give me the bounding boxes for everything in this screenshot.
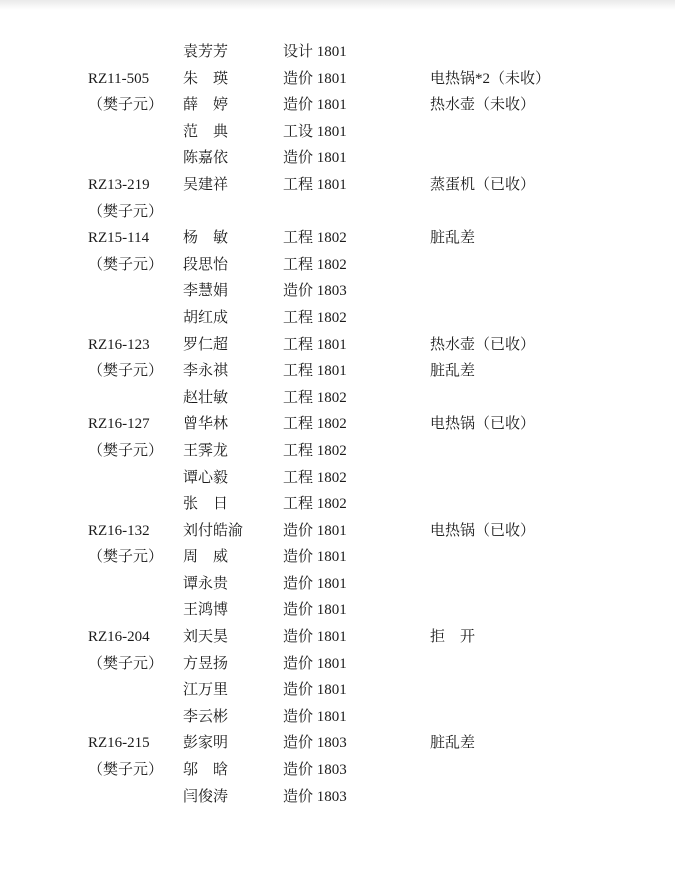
- violation-note-cell: 电热锅（已收）: [430, 518, 675, 545]
- room-number-cell: （樊子元）: [88, 438, 183, 465]
- table-row: RZ16-132 刘付皓渝 造价 1801 电热锅（已收）: [88, 518, 675, 545]
- student-name-cell: 杨 敏: [183, 225, 283, 252]
- student-name-cell: 赵壮敏: [183, 385, 283, 412]
- student-name-cell: 陈嘉依: [183, 145, 283, 172]
- page-top-edge: [0, 0, 675, 10]
- class-cell: 工程 1802: [283, 491, 430, 518]
- room-number-cell: （樊子元）: [88, 651, 183, 678]
- student-name-cell: 张 日: [183, 491, 283, 518]
- dorm-inspection-table: 袁芳芳 设计 1801 RZ11-505 朱 瑛 造价 1801 电热锅*2（未…: [88, 39, 675, 810]
- table-row: 谭永贵 造价 1801: [88, 571, 675, 598]
- class-cell: 造价 1801: [283, 92, 430, 119]
- class-cell: 造价 1803: [283, 278, 430, 305]
- class-cell: 造价 1801: [283, 651, 430, 678]
- student-name-cell: 王霁龙: [183, 438, 283, 465]
- student-name-cell: 彭家明: [183, 730, 283, 757]
- table-row: （樊子元） 段思怡 工程 1802: [88, 252, 675, 279]
- document-page: 袁芳芳 设计 1801 RZ11-505 朱 瑛 造价 1801 电热锅*2（未…: [0, 0, 675, 872]
- violation-note-cell: 脏乱差: [430, 225, 675, 252]
- table-row: RZ13-219 吴建祥 工程 1801 蒸蛋机（已收）: [88, 172, 675, 199]
- class-cell: 造价 1801: [283, 677, 430, 704]
- student-name-cell: 袁芳芳: [183, 39, 283, 66]
- student-name-cell: 段思怡: [183, 252, 283, 279]
- class-cell: 工程 1801: [283, 332, 430, 359]
- room-number-cell: RZ16-127: [88, 411, 183, 438]
- table-row: RZ16-204 刘天昊 造价 1801 拒 开: [88, 624, 675, 651]
- table-row: （樊子元） 薛 婷 造价 1801 热水壶（未收）: [88, 92, 675, 119]
- violation-note-cell: 电热锅（已收）: [430, 411, 675, 438]
- class-cell: 工程 1801: [283, 358, 430, 385]
- table-row: 张 日 工程 1802: [88, 491, 675, 518]
- student-name-cell: 胡红成: [183, 305, 283, 332]
- table-row: 江万里 造价 1801: [88, 677, 675, 704]
- class-cell: 造价 1801: [283, 544, 430, 571]
- student-name-cell: 周 威: [183, 544, 283, 571]
- table-row: （樊子元）: [88, 199, 675, 226]
- table-row: RZ16-123 罗仁超 工程 1801 热水壶（已收）: [88, 332, 675, 359]
- room-number-cell: RZ15-114: [88, 225, 183, 252]
- student-name-cell: 吴建祥: [183, 172, 283, 199]
- table-row: 王鸿博 造价 1801: [88, 597, 675, 624]
- class-cell: 工程 1802: [283, 252, 430, 279]
- class-cell: 工程 1801: [283, 172, 430, 199]
- room-number-cell: RZ13-219: [88, 172, 183, 199]
- class-cell: 造价 1801: [283, 518, 430, 545]
- violation-note-cell: 热水壶（未收）: [430, 92, 675, 119]
- room-number-cell: （樊子元）: [88, 757, 183, 784]
- table-row: RZ11-505 朱 瑛 造价 1801 电热锅*2（未收）: [88, 66, 675, 93]
- room-number-cell: RZ11-505: [88, 66, 183, 93]
- room-number-cell: RZ16-204: [88, 624, 183, 651]
- room-number-cell: RZ16-123: [88, 332, 183, 359]
- student-name-cell: 李永祺: [183, 358, 283, 385]
- table-row: 谭心毅 工程 1802: [88, 465, 675, 492]
- table-row: RZ16-127 曾华林 工程 1802 电热锅（已收）: [88, 411, 675, 438]
- violation-note-cell: 脏乱差: [430, 358, 675, 385]
- student-name-cell: 方昱扬: [183, 651, 283, 678]
- class-cell: 工程 1802: [283, 225, 430, 252]
- table-row: 李慧娟 造价 1803: [88, 278, 675, 305]
- table-row: 赵壮敏 工程 1802: [88, 385, 675, 412]
- class-cell: 造价 1801: [283, 624, 430, 651]
- table-row: 袁芳芳 设计 1801: [88, 39, 675, 66]
- table-row: （樊子元） 周 威 造价 1801: [88, 544, 675, 571]
- student-name-cell: 罗仁超: [183, 332, 283, 359]
- student-name-cell: 范 典: [183, 119, 283, 146]
- student-name-cell: 谭永贵: [183, 571, 283, 598]
- room-number-cell: RZ16-132: [88, 518, 183, 545]
- room-number-cell: （樊子元）: [88, 252, 183, 279]
- student-name-cell: 李云彬: [183, 704, 283, 731]
- class-cell: 工设 1801: [283, 119, 430, 146]
- student-name-cell: 江万里: [183, 677, 283, 704]
- room-number-cell: （樊子元）: [88, 199, 183, 226]
- class-cell: 设计 1801: [283, 39, 430, 66]
- table-row: （樊子元） 王霁龙 工程 1802: [88, 438, 675, 465]
- table-row: （樊子元） 李永祺 工程 1801 脏乱差: [88, 358, 675, 385]
- violation-note-cell: 电热锅*2（未收）: [430, 66, 675, 93]
- class-cell: 造价 1801: [283, 571, 430, 598]
- student-name-cell: 李慧娟: [183, 278, 283, 305]
- room-number-cell: （樊子元）: [88, 92, 183, 119]
- table-row: （樊子元） 方昱扬 造价 1801: [88, 651, 675, 678]
- student-name-cell: 曾华林: [183, 411, 283, 438]
- student-name-cell: 邬 晗: [183, 757, 283, 784]
- violation-note-cell: 蒸蛋机（已收）: [430, 172, 675, 199]
- room-number-cell: （樊子元）: [88, 358, 183, 385]
- table-row: 陈嘉依 造价 1801: [88, 145, 675, 172]
- class-cell: 工程 1802: [283, 438, 430, 465]
- class-cell: 工程 1802: [283, 465, 430, 492]
- class-cell: 造价 1801: [283, 66, 430, 93]
- table-row: 胡红成 工程 1802: [88, 305, 675, 332]
- table-row: 李云彬 造价 1801: [88, 704, 675, 731]
- table-row: （樊子元） 邬 晗 造价 1803: [88, 757, 675, 784]
- room-number-cell: RZ16-215: [88, 730, 183, 757]
- class-cell: 造价 1801: [283, 145, 430, 172]
- violation-note-cell: 拒 开: [430, 624, 675, 651]
- violation-note-cell: 脏乱差: [430, 730, 675, 757]
- student-name-cell: 刘天昊: [183, 624, 283, 651]
- class-cell: 工程 1802: [283, 411, 430, 438]
- class-cell: 造价 1801: [283, 597, 430, 624]
- class-cell: 造价 1803: [283, 784, 430, 811]
- class-cell: 造价 1801: [283, 704, 430, 731]
- student-name-cell: 朱 瑛: [183, 66, 283, 93]
- class-cell: 造价 1803: [283, 730, 430, 757]
- class-cell: 工程 1802: [283, 385, 430, 412]
- violation-note-cell: 热水壶（已收）: [430, 332, 675, 359]
- student-name-cell: 薛 婷: [183, 92, 283, 119]
- table-row: RZ15-114 杨 敏 工程 1802 脏乱差: [88, 225, 675, 252]
- table-row: RZ16-215 彭家明 造价 1803 脏乱差: [88, 730, 675, 757]
- student-name-cell: 谭心毅: [183, 465, 283, 492]
- student-name-cell: 刘付皓渝: [183, 518, 283, 545]
- table-row: 范 典 工设 1801: [88, 119, 675, 146]
- student-name-cell: 王鸿博: [183, 597, 283, 624]
- table-row: 闫俊涛 造价 1803: [88, 784, 675, 811]
- class-cell: 造价 1803: [283, 757, 430, 784]
- room-number-cell: （樊子元）: [88, 544, 183, 571]
- class-cell: 工程 1802: [283, 305, 430, 332]
- student-name-cell: 闫俊涛: [183, 784, 283, 811]
